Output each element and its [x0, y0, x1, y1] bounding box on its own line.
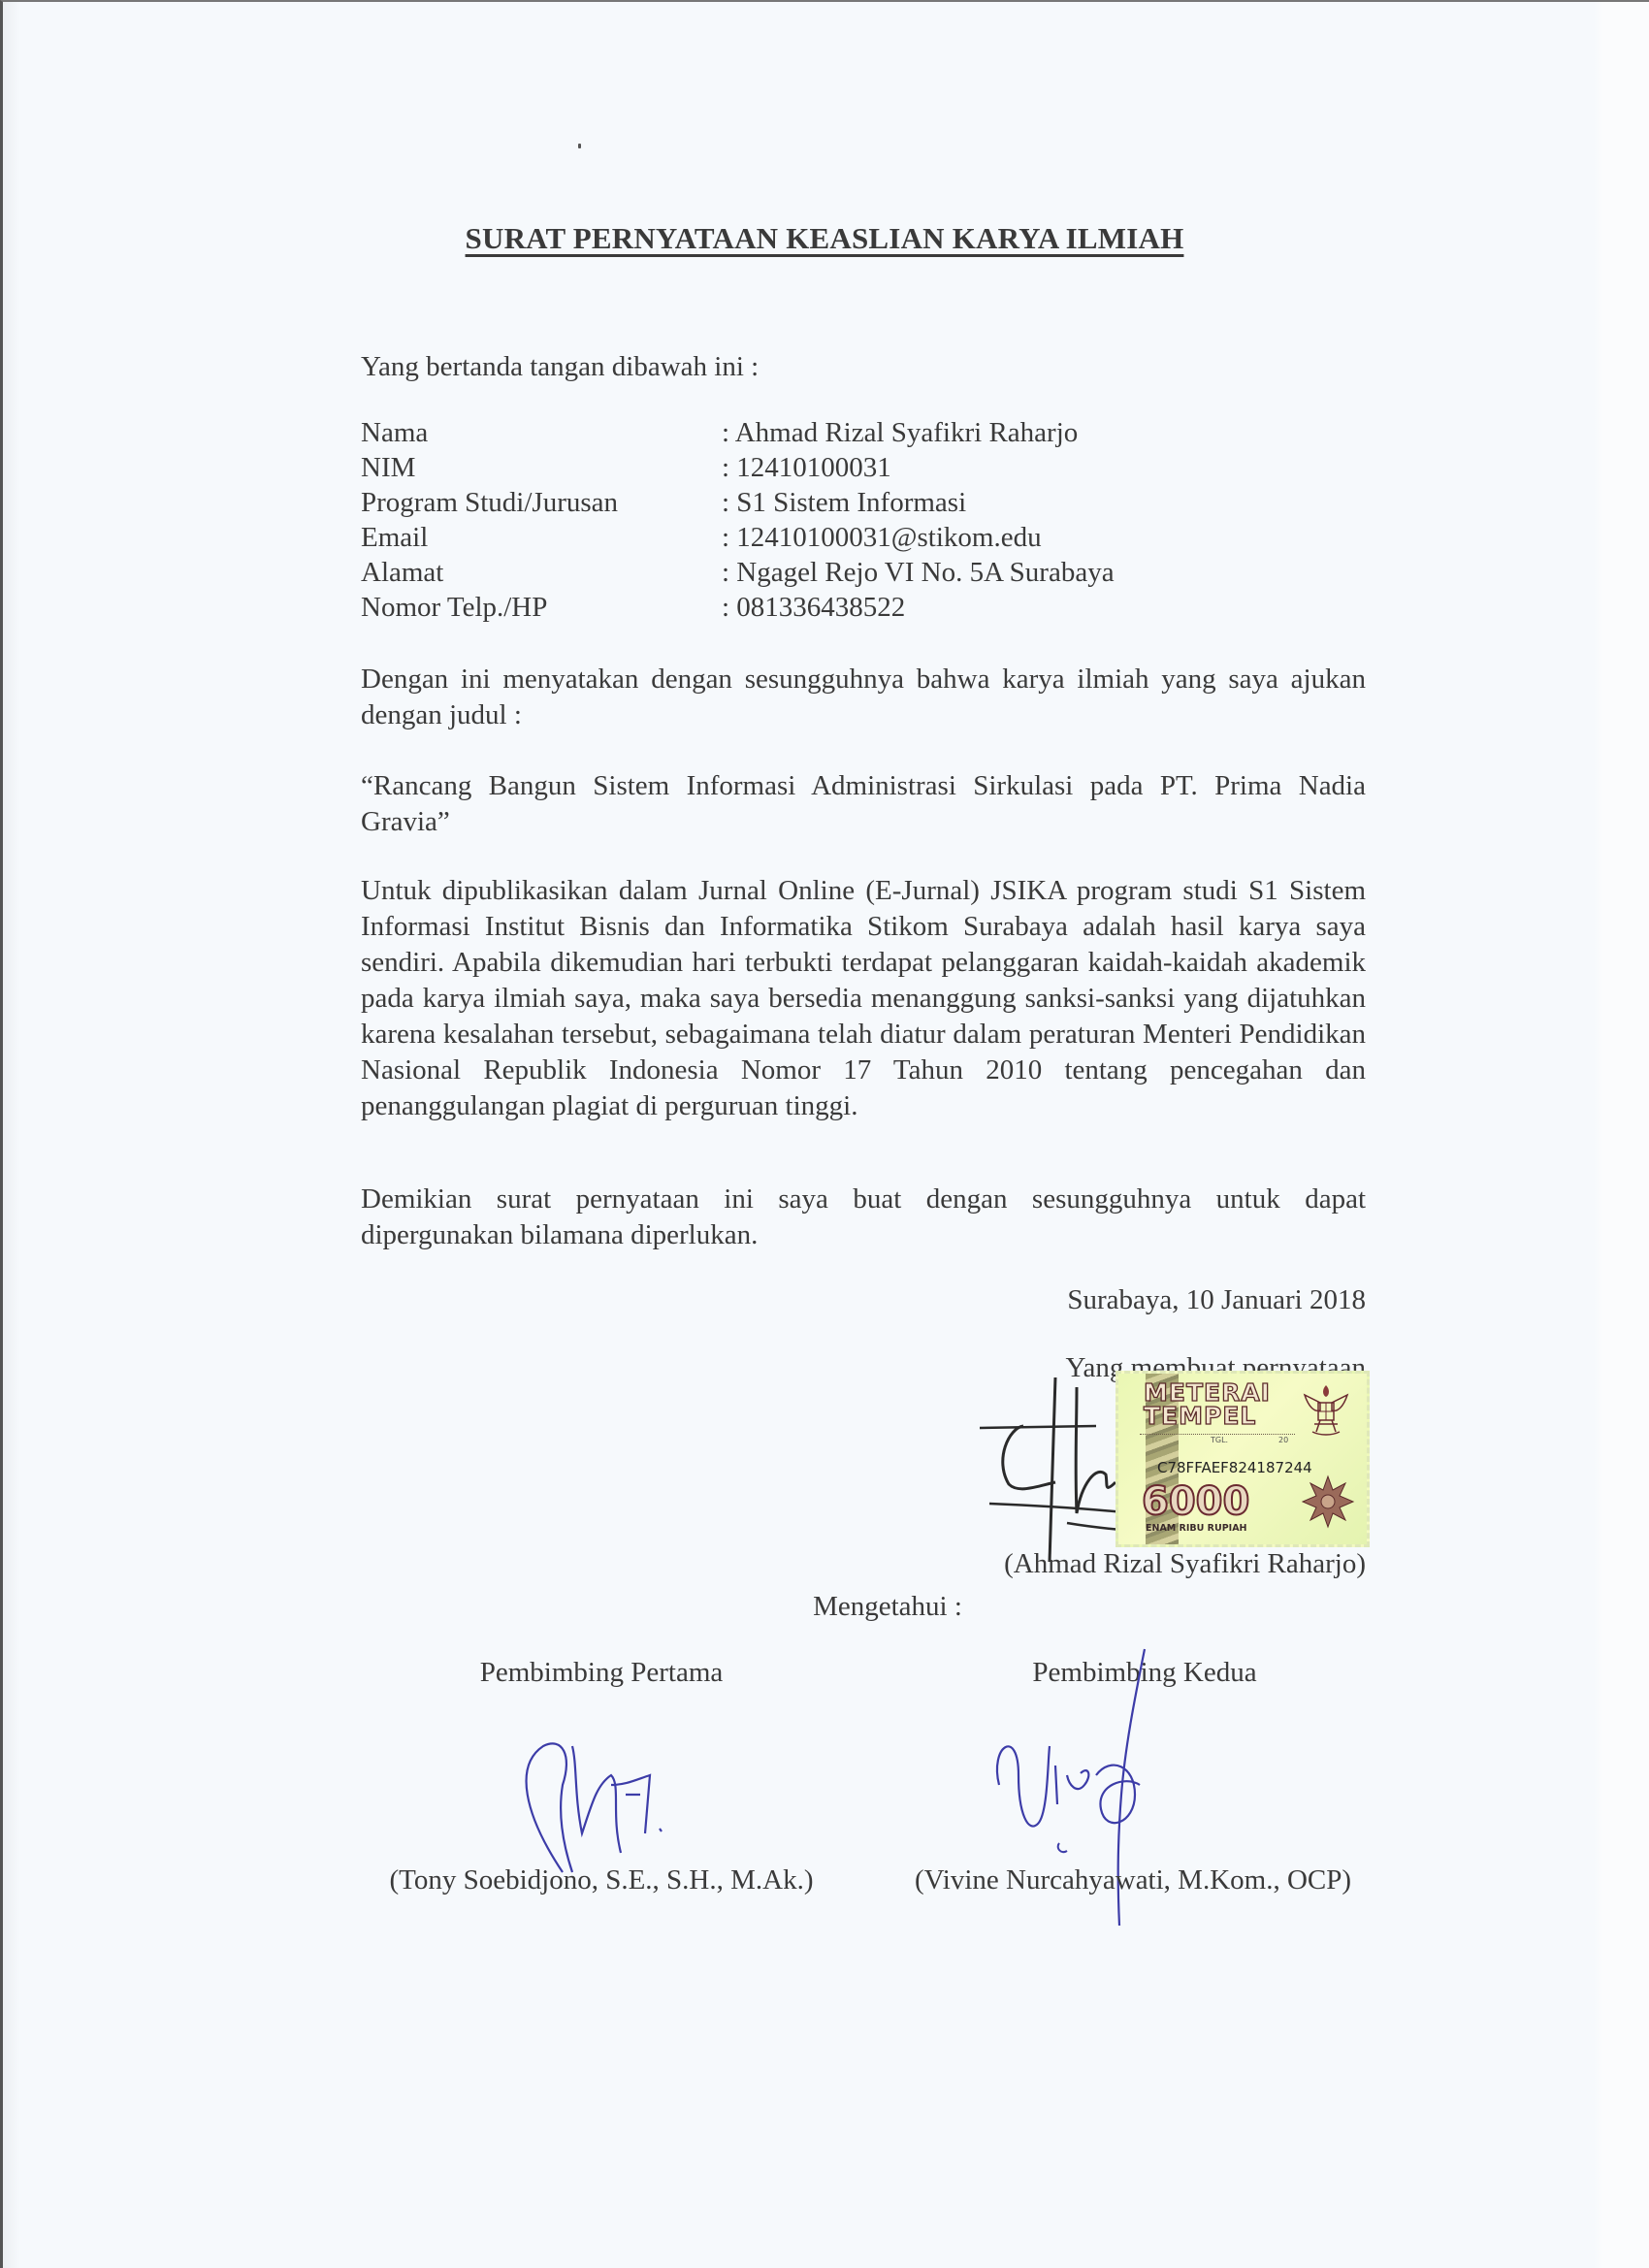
field-row-phone: Nomor Telp./HP : 081336438522	[361, 590, 1115, 625]
field-label: Alamat	[361, 555, 722, 590]
closing-paragraph: Demikian surat pernyataan ini saya buat …	[361, 1182, 1366, 1253]
field-label: Email	[361, 520, 722, 555]
revenue-stamp: METERAI TEMPEL TGL. 20 C78FFAEF824187244…	[1115, 1371, 1370, 1547]
star-ornament-icon	[1301, 1474, 1355, 1529]
field-label: Nama	[361, 415, 722, 450]
advisor1-name: (Tony Soebidjono, S.E., S.H., M.Ak.)	[369, 1863, 834, 1897]
field-value: : S1 Sistem Informasi	[722, 485, 966, 520]
signer-name: (Ahmad Rizal Syafikri Raharjo)	[1004, 1546, 1366, 1581]
acknowledged-label: Mengetahui :	[0, 1591, 1649, 1623]
field-row-email: Email : 12410100031@stikom.edu	[361, 520, 1115, 555]
garuda-emblem-icon	[1301, 1381, 1351, 1438]
intro-text: Yang bertanda tangan dibawah ini :	[361, 349, 759, 384]
advisor1-signature	[504, 1727, 698, 1882]
advisor2-name: (Vivine Nurcahyawati, M.Kom., OCP)	[890, 1863, 1375, 1897]
field-label: Nomor Telp./HP	[361, 590, 722, 625]
scan-edge	[0, 0, 1649, 2268]
place-date: Surabaya, 10 Januari 2018	[1067, 1282, 1366, 1317]
field-row-program: Program Studi/Jurusan : S1 Sistem Inform…	[361, 485, 1115, 520]
field-row-nim: NIM : 12410100031	[361, 450, 1115, 485]
identity-fields: Nama : Ahmad Rizal Syafikri Raharjo NIM …	[361, 415, 1115, 625]
field-value: : Ngagel Rejo VI No. 5A Surabaya	[722, 555, 1115, 590]
stamp-title-line2: TEMPEL	[1144, 1405, 1256, 1428]
field-value: : Ahmad Rizal Syafikri Raharjo	[722, 415, 1078, 450]
stamp-year-label: 20	[1278, 1436, 1288, 1444]
work-title-paragraph: “Rancang Bangun Sistem Informasi Adminis…	[361, 768, 1366, 840]
stamp-date-line	[1140, 1434, 1295, 1435]
field-label: NIM	[361, 450, 722, 485]
field-value: : 081336438522	[722, 590, 905, 625]
scan-speck	[578, 144, 581, 148]
publication-paragraph: Untuk dipublikasikan dalam Jurnal Online…	[361, 873, 1366, 1124]
stamp-value-words: ENAM RIBU RUPIAH	[1146, 1523, 1247, 1534]
statement-paragraph: Dengan ini menyatakan dengan sesungguhny…	[361, 662, 1366, 733]
field-value: : 12410100031@stikom.edu	[722, 520, 1042, 555]
stamp-serial: C78FFAEF824187244	[1157, 1459, 1312, 1476]
stamp-date-label: TGL.	[1211, 1436, 1228, 1444]
field-label: Program Studi/Jurusan	[361, 485, 722, 520]
field-row-address: Alamat : Ngagel Rejo VI No. 5A Surabaya	[361, 555, 1115, 590]
field-row-name: Nama : Ahmad Rizal Syafikri Raharjo	[361, 415, 1115, 450]
advisor1-role: Pembimbing Pertama	[446, 1655, 757, 1690]
field-value: : 12410100031	[722, 450, 891, 485]
document-title: SURAT PERNYATAAN KEASLIAN KARYA ILMIAH	[0, 221, 1649, 256]
stamp-value: 6000	[1142, 1482, 1249, 1521]
